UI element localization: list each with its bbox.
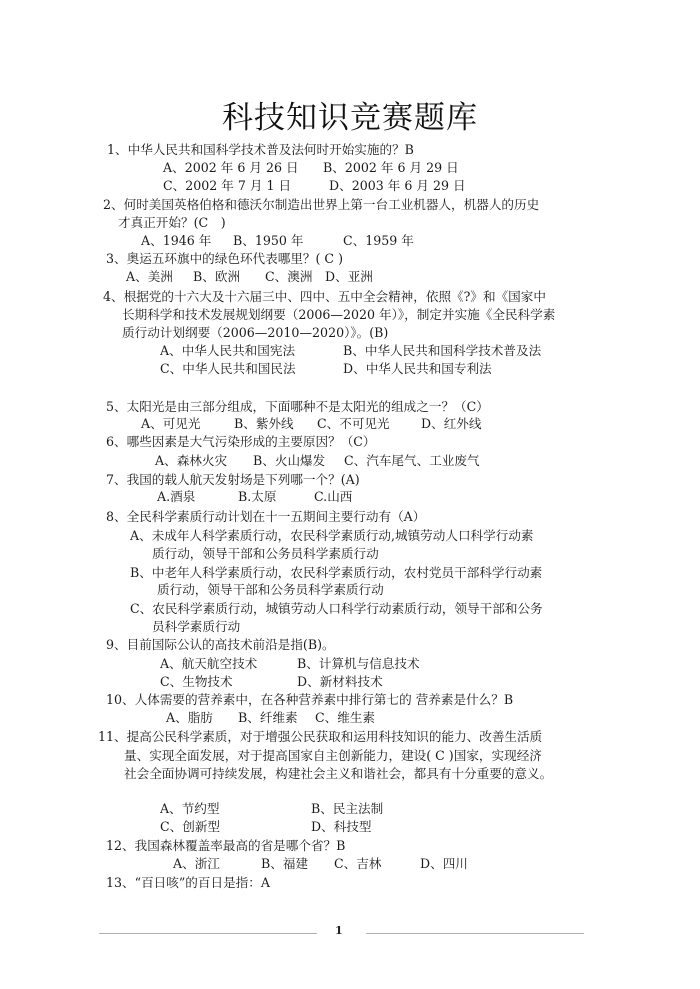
option-c: C、不可见光 (317, 415, 390, 433)
question-2-text-cont: 才真正开始？(C ) (118, 214, 226, 232)
question-10-text: 10、人体需要的营养素中，在各种营养素中排行第七的 营养素是什么？B (106, 691, 513, 709)
question-11-text: 11、提高公民科学素质，对于增强公民获取和运用科技知识的能力、改善生活质 (98, 728, 542, 746)
option-d: D、新材料技术 (297, 673, 383, 691)
option-a: A、美洲 (126, 268, 173, 286)
question-11-text-cont-2: 社会全面协调可持续发展，构建社会主义和谐社会，都具有十分重要的意义。 (124, 765, 552, 783)
option-c: C、澳洲 (265, 268, 312, 286)
option-a: A、森林火灾 (155, 452, 227, 470)
option-b: B、福建 (261, 855, 308, 873)
question-4-text-cont-2: 质行动计划纲要（2006—2010—2020）》。(B) (122, 324, 388, 342)
option-d: D、2003 年 6 月 29 日 (329, 177, 466, 195)
option-a: A、2002 年 6 月 26 日 (163, 159, 299, 177)
option-b: B、1950 年 (233, 232, 304, 250)
option-b-cont: 质行动，领导干部和公务员科学素质行动 (157, 581, 384, 599)
option-a: A、未成年人科学素质行动，农民科学素质行动,城镇劳动人口科学行动素 (130, 527, 534, 545)
option-c: C、吉林 (334, 855, 381, 873)
option-d: D、红外线 (421, 415, 481, 433)
option-c: C、汽车尾气、工业废气 (344, 452, 480, 470)
footer-rule-left (99, 933, 317, 934)
option-b: B、2002 年 6 月 29 日 (323, 159, 459, 177)
question-8-text: 8、全民科学素质行动计划在十一五期间主要行动有（A） (106, 508, 425, 526)
option-b: B、计算机与信息技术 (297, 655, 420, 673)
option-a-cont: 质行动，领导干部和公务员科学素质行动 (152, 545, 379, 563)
question-4-text-cont-1: 长期科学和技术发展规划纲要（2006—2020 年）》，制定并实施《全民科学素 (122, 306, 555, 324)
question-4-text: 4、根据党的十六大及十六届三中、四中、五中全会精神，依照《?》和《国家中 (103, 288, 546, 306)
question-2-text: 2、何时美国英格伯格和德沃尔制造出世界上第一台工业机器人，机器人的历史 (103, 196, 539, 214)
option-b: B、中华人民共和国科学技术普及法 (343, 342, 541, 360)
option-c: C、生物技术 (160, 673, 233, 691)
option-c: C、创新型 (160, 818, 220, 836)
option-a: A、可见光 (141, 415, 200, 433)
option-a: A.酒泉 (157, 488, 195, 506)
page-title: 科技知识竞赛题库 (0, 92, 700, 137)
question-9-text: 9、目前国际公认的高技术前沿是指(B)。 (106, 636, 335, 654)
page-number: 1 (335, 924, 343, 937)
option-a: A、航天航空技术 (160, 655, 257, 673)
option-c: C、1959 年 (343, 232, 414, 250)
option-b: B、纤维素 (238, 709, 298, 727)
option-c: C、农民科学素质行动，城镇劳动人口科学行动素质行动，领导干部和公务 (130, 600, 543, 618)
footer-rule-right (366, 933, 584, 934)
option-d: D、四川 (420, 855, 468, 873)
option-a: A、浙江 (173, 855, 220, 873)
option-b: B、欧洲 (193, 268, 240, 286)
option-c: C.山西 (314, 488, 352, 506)
option-b: B.太原 (238, 488, 276, 506)
question-3-text: 3、奥运五环旗中的绿色环代表哪里？( C ) (106, 250, 343, 268)
option-c: C、维生素 (315, 709, 375, 727)
option-a: A、节约型 (160, 800, 219, 818)
option-b: B、紫外线 (234, 415, 294, 433)
question-1-text: 1、中华人民共和国科学技术普及法何时开始实施的？B (107, 141, 414, 159)
question-11-text-cont-1: 量、实现全面发展，对于提高国家自主创新能力，建设( C )国家，实现经济 (124, 747, 542, 765)
question-7-text: 7、我国的载人航天发射场是下列哪一个？(A) (106, 471, 360, 489)
question-12-text: 12、我国森林覆盖率最高的省是哪个省？B (106, 837, 345, 855)
option-c: C、中华人民共和国民法 (160, 360, 296, 378)
option-a: A、脂肪 (166, 709, 213, 727)
option-a: A、中华人民共和国宪法 (160, 342, 295, 360)
option-c: C、2002 年 7 月 1 日 (163, 177, 291, 195)
question-6-text: 6、哪些因素是大气污染形成的主要原因？（C） (106, 433, 376, 451)
question-5-text: 5、太阳光是由三部分组成，下面哪种不是太阳光的组成之一？（C） (106, 398, 489, 416)
question-13-text: 13、“百日咳”的百日是指：A (106, 874, 270, 892)
option-d: D、中华人民共和国专利法 (343, 360, 492, 378)
option-d: D、科技型 (311, 818, 371, 836)
option-c-cont: 员科学素质行动 (152, 618, 240, 636)
option-a: A、1946 年 (141, 232, 211, 250)
option-b: B、火山爆发 (253, 452, 325, 470)
option-d: D、亚洲 (325, 268, 373, 286)
option-b: B、民主法制 (311, 800, 383, 818)
option-b: B、中老年人科学素质行动，农民科学素质行动，农村党员干部科学行动素 (130, 564, 542, 582)
